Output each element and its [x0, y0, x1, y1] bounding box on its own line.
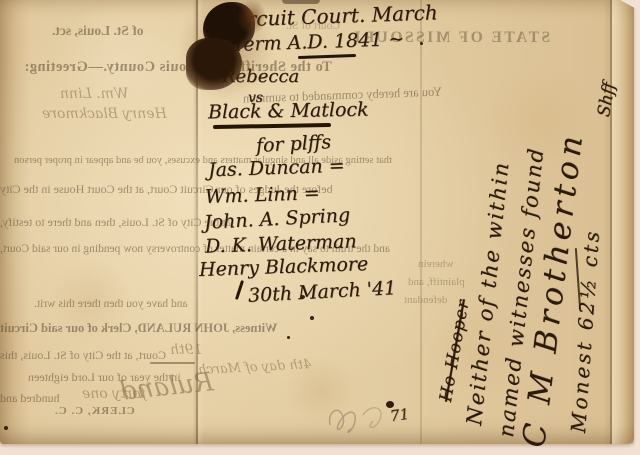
pencil-squiggle [325, 385, 395, 440]
ink-speck [300, 295, 305, 299]
docket-name-2: Wm. Linn = [205, 182, 320, 208]
showthrough-dash [150, 362, 195, 364]
document-scan: of St. Louis, sct. Court of St. STATE OF… [0, 0, 640, 455]
printed-form-body-4d: defendant [404, 294, 447, 306]
showthrough-day-number: 19th [170, 342, 202, 358]
docket-for-plffs: for plffs [255, 131, 331, 157]
showthrough-name-1: Wm. Linn [60, 86, 128, 102]
showthrough-name-2: Henry Blackmore [42, 106, 167, 122]
ink-speck [4, 426, 8, 430]
printed-form-body-4c: plaintiff, and [408, 276, 465, 288]
printed-form-hundred-line: hundred and [0, 391, 60, 406]
folded-edge-flap [612, 0, 634, 444]
printed-form-court-city: Court, at the City of St. Louis, this [0, 348, 166, 363]
ink-speck [310, 316, 314, 320]
printed-form-witness-clerk: Witness, JOHN RULAND, Clerk of our said … [0, 321, 277, 336]
printed-form-body-3: at the City of St. Louis, then and there… [0, 215, 231, 230]
printed-form-body-4b: wherein [418, 258, 453, 270]
fold-crease-center [420, 0, 422, 444]
ink-speck [287, 336, 290, 339]
top-edge-smudge [282, 0, 320, 4]
docket-defendants: Black & Matlock [208, 99, 369, 124]
printed-form-body-5: and have you then there this writ. [34, 298, 188, 310]
ink-speck [420, 42, 423, 45]
printed-form-heading-small: of St. Louis, sct. [52, 23, 144, 39]
ink-stain-tail [238, 0, 266, 34]
printed-form-clerk-cc: CLERK, C. C. [54, 405, 135, 417]
